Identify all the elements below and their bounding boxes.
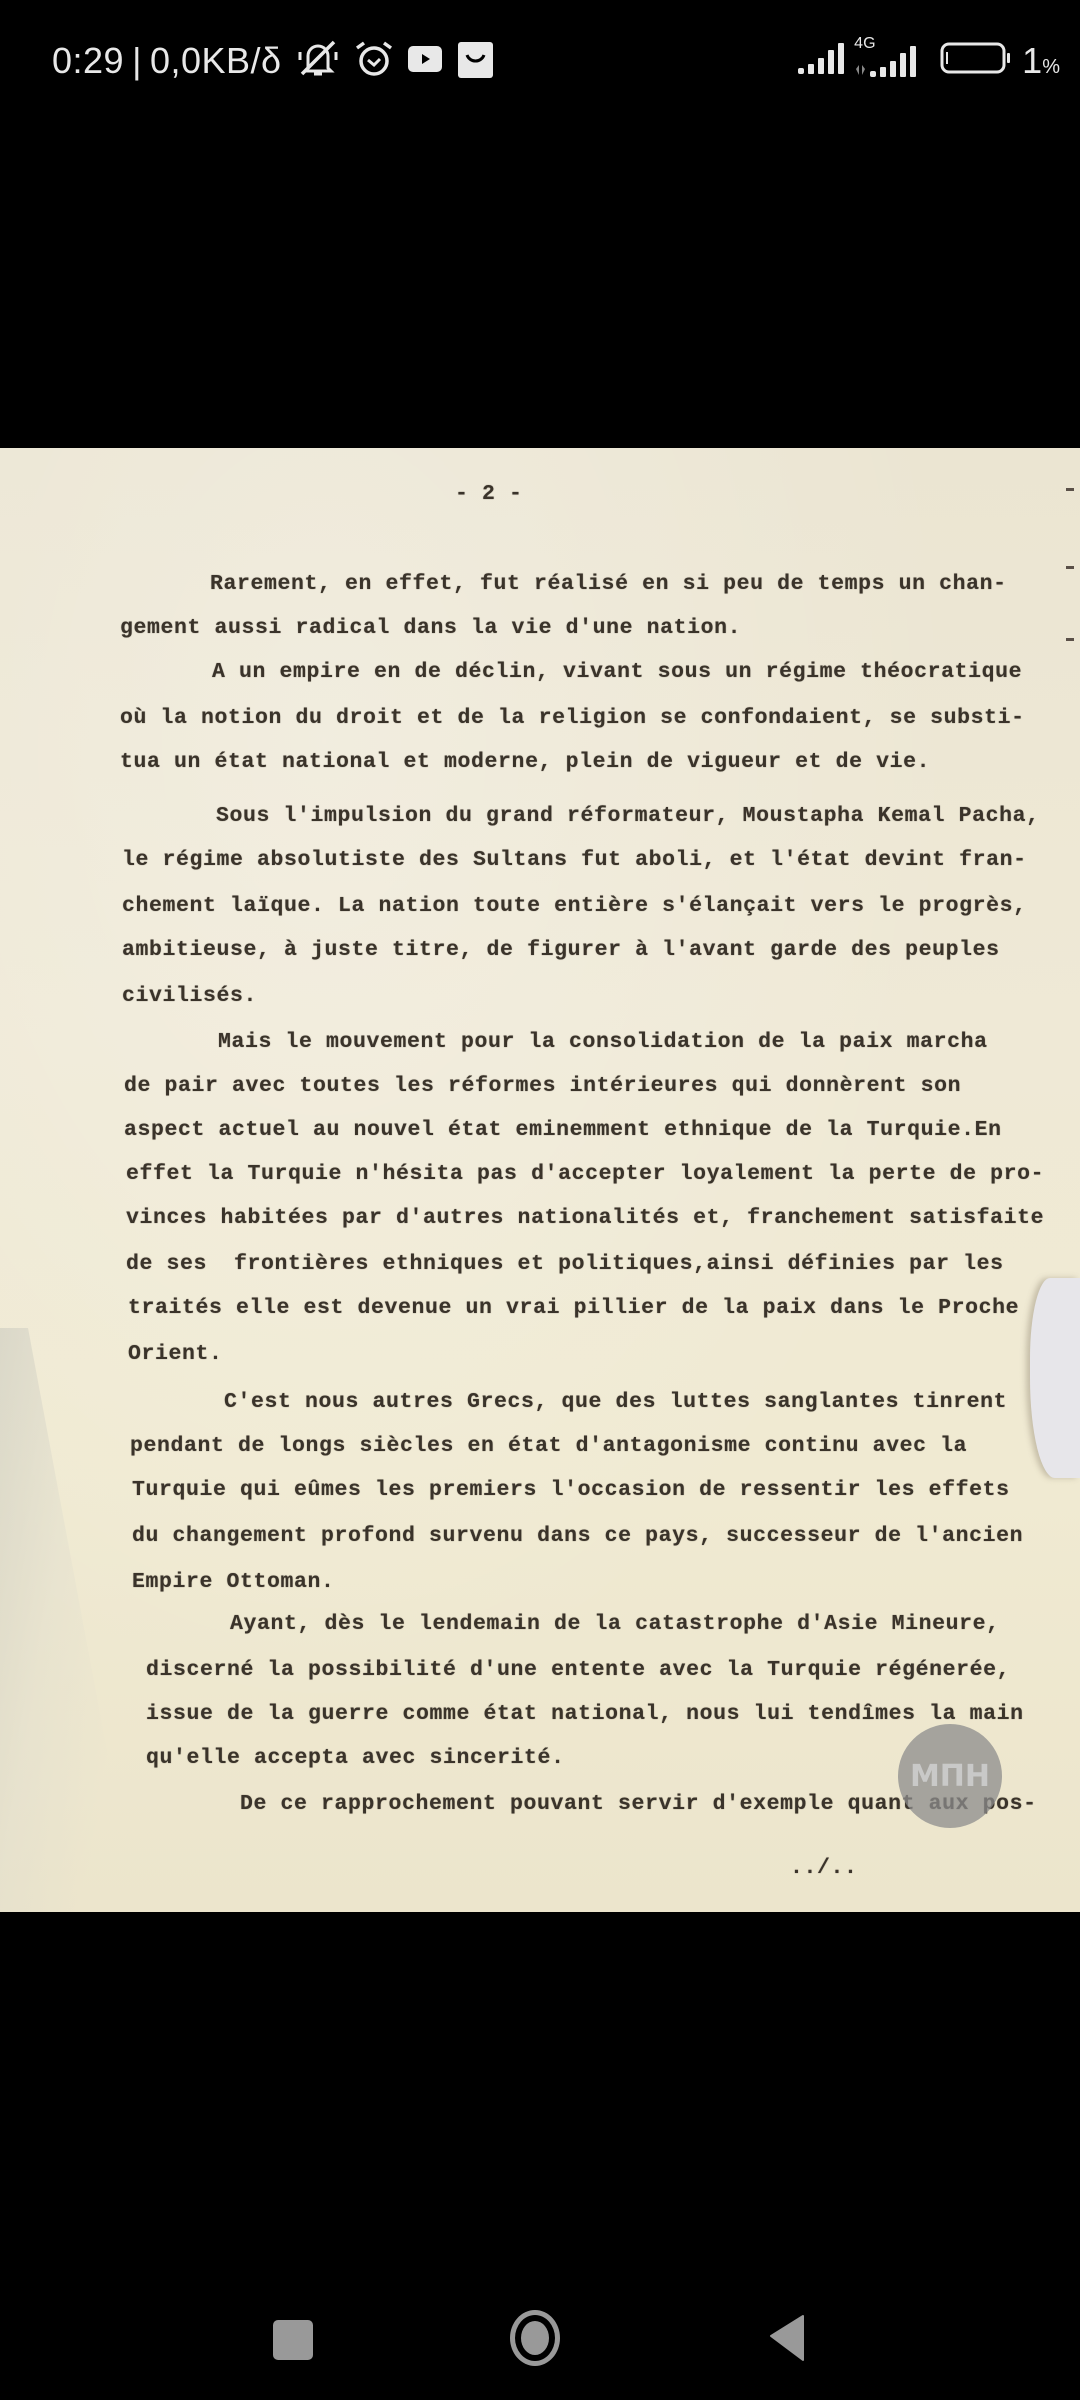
text-line: le régime absolutiste des Sultans fut ab… (122, 848, 1027, 872)
back-button[interactable] (752, 2310, 822, 2372)
text-line: effet la Turquie n'hésita pas d'accepter… (126, 1162, 1044, 1186)
archive-stamp: ΜΠΗ (898, 1724, 1002, 1828)
alarm-icon (354, 39, 394, 84)
battery-percent: 1% (1022, 40, 1060, 82)
text-line: Empire Ottoman. (132, 1570, 335, 1594)
home-icon-dot (521, 2321, 549, 2355)
document-image-viewer[interactable]: - 2 - Rarement, en effet, fut réalisé en… (0, 448, 1080, 1912)
clock: 0:29 (52, 40, 124, 82)
text-line: du changement profond survenu dans ce pa… (132, 1524, 1023, 1548)
text-line: discerné la possibilité d'une entente av… (146, 1658, 1010, 1682)
status-right: 4G 1% (796, 38, 1060, 84)
text-line: où la notion du droit et de la religion … (120, 706, 1025, 730)
text-line: pendant de longs siècles en état d'antag… (130, 1434, 967, 1458)
4g-signal-icon: 4G (854, 41, 922, 81)
signal-icon (796, 42, 846, 81)
battery-value: 1 (1022, 40, 1042, 81)
text-line: gement aussi radical dans la vie d'une n… (120, 616, 741, 640)
recents-icon (273, 2320, 313, 2360)
text-line: Mais le mouvement pour la consolidation … (218, 1030, 988, 1054)
battery-icon (940, 42, 1012, 81)
text-line: tua un état national et moderne, plein d… (120, 750, 930, 774)
text-line: vinces habitées par d'autres nationalité… (126, 1206, 1044, 1230)
status-bar: 0:29 | 0,0KB/δ 4G 1% (0, 0, 1080, 120)
text-line: traités elle est devenue un vrai pillier… (128, 1296, 1019, 1320)
text-line: ambitieuse, à juste titre, de figurer à … (122, 938, 1000, 962)
youtube-icon (408, 44, 444, 79)
battery-unit: % (1042, 56, 1060, 78)
stamp-text: ΜΠΗ (910, 1759, 990, 1794)
text-line: C'est nous autres Grecs, que des luttes … (224, 1390, 1007, 1414)
text-line: Rarement, en effet, fut réalisé en si pe… (210, 572, 1007, 596)
back-icon (767, 2314, 807, 2364)
text-line: Sous l'impulsion du grand réformateur, M… (216, 804, 1040, 828)
text-line: chement laïque. La nation toute entière … (122, 894, 1027, 918)
text-line: issue de la guerre comme état national, … (146, 1702, 1024, 1726)
typewritten-text: - 2 - Rarement, en effet, fut réalisé en… (0, 448, 1080, 1912)
network-speed: 0,0KB/δ (150, 40, 282, 82)
status-separator: | (132, 40, 142, 82)
text-line: Orient. (128, 1342, 223, 1366)
page-number: - 2 - (455, 482, 523, 506)
text-line: civilisés. (122, 984, 257, 1008)
text-line: Turquie qui eûmes les premiers l'occasio… (132, 1478, 1010, 1502)
home-button[interactable] (502, 2310, 572, 2372)
text-line: qu'elle accepta avec sincerité. (146, 1746, 565, 1770)
bell-muted-icon (296, 38, 340, 85)
text-line: Ayant, dès le lendemain de la catastroph… (230, 1612, 1000, 1636)
continuation-mark: ../.. (790, 1856, 858, 1880)
text-line: de ses frontières ethniques et politique… (126, 1252, 1004, 1276)
text-line: aspect actuel au nouvel état eminemment … (124, 1118, 1002, 1142)
status-left: 0:29 | 0,0KB/δ (52, 38, 494, 84)
recents-button[interactable] (258, 2310, 328, 2372)
text-line: A un empire en de déclin, vivant sous un… (212, 660, 1022, 684)
shopping-bag-icon (458, 40, 494, 83)
text-line: de pair avec toutes les réformes intérie… (124, 1074, 961, 1098)
navigation-bar (0, 2280, 1080, 2400)
